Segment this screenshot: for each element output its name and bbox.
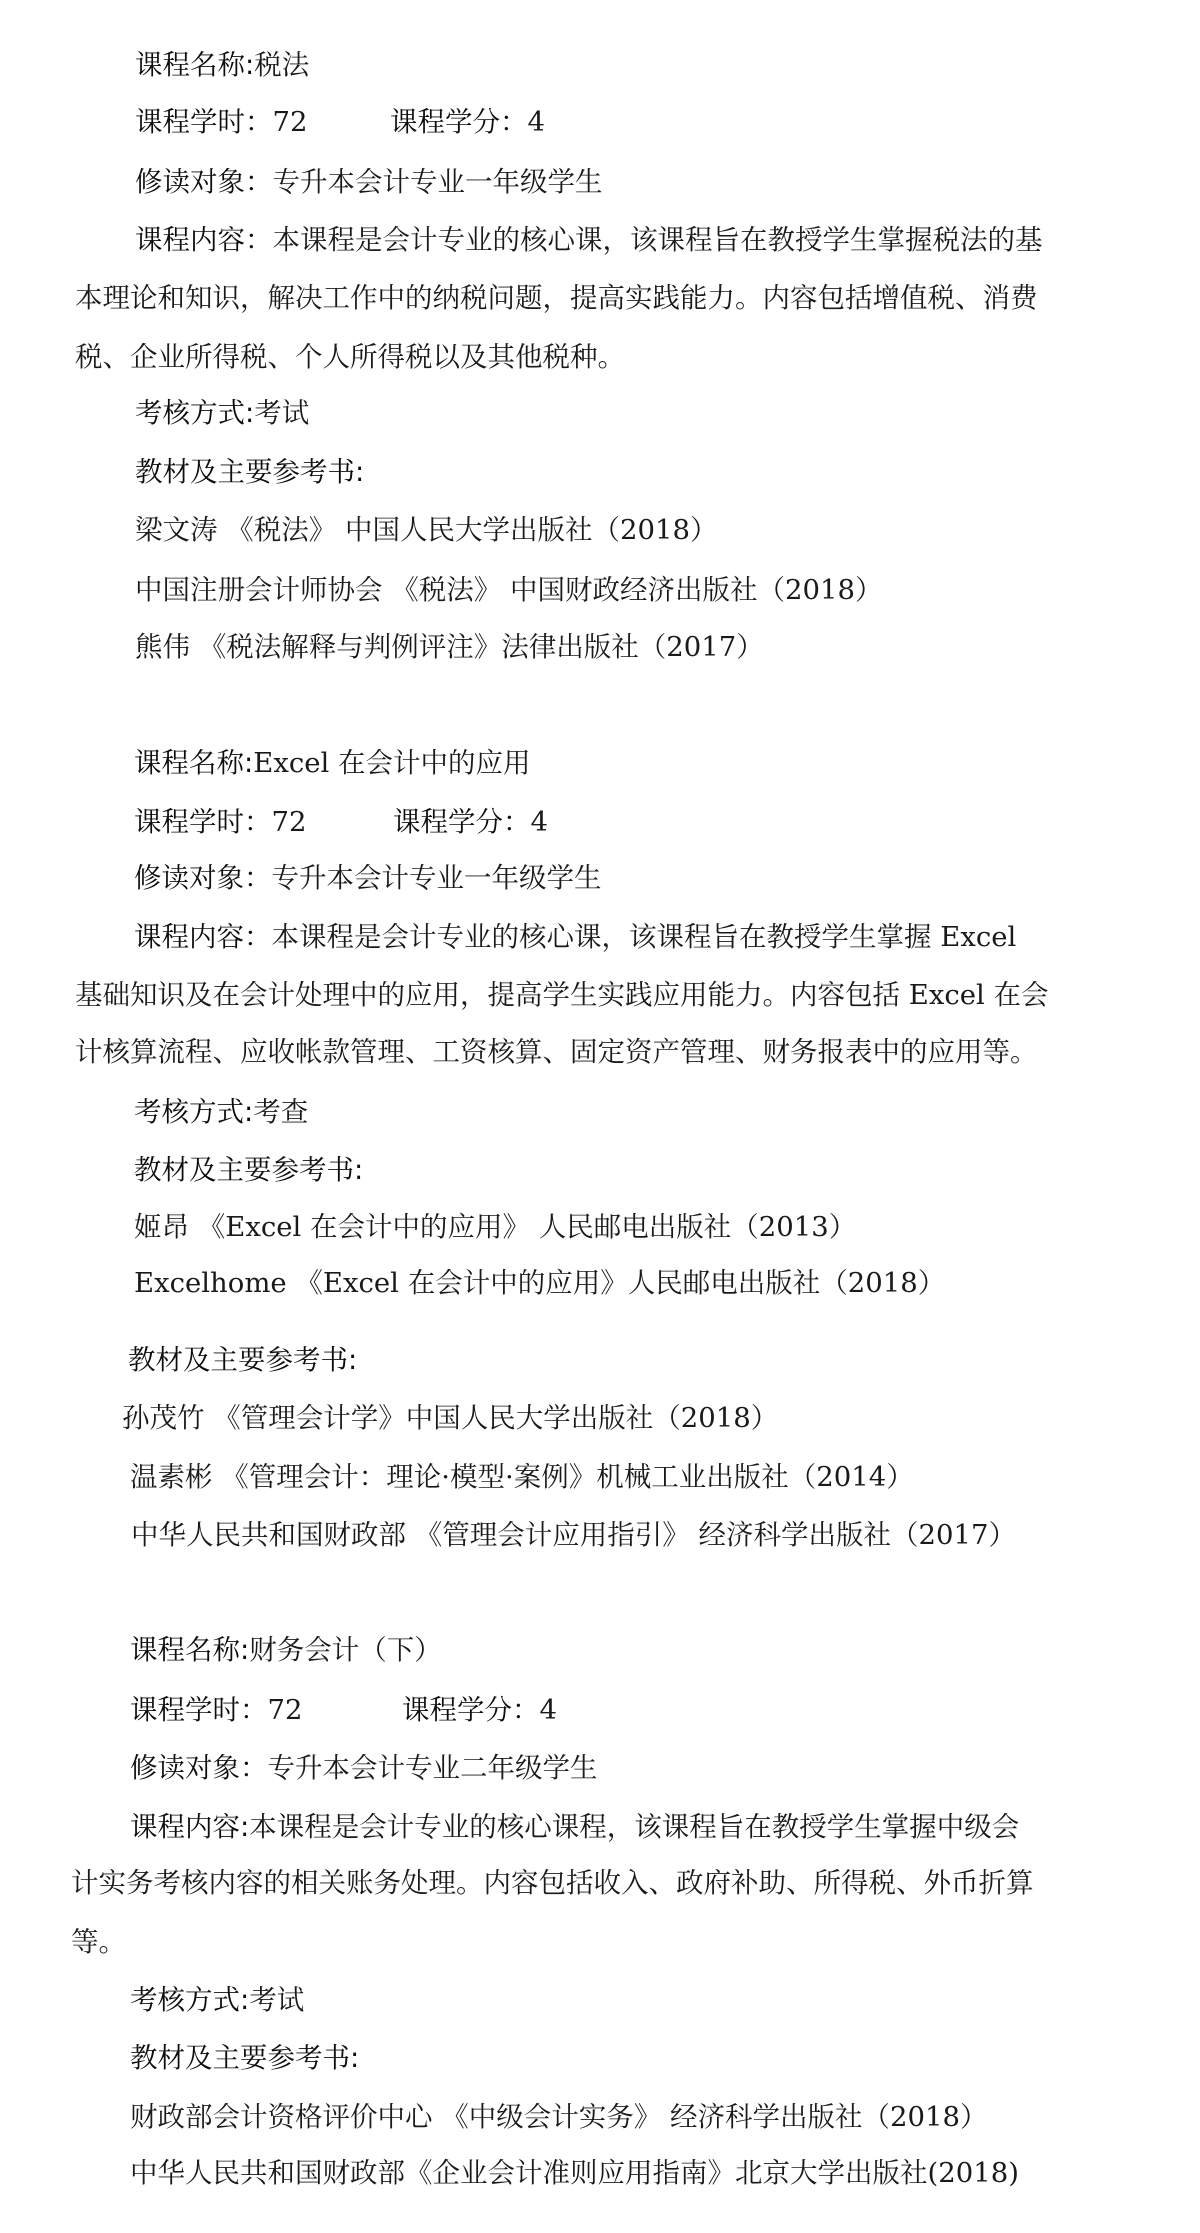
book-item: 熊伟 《税法解释与判例评注》法律出版社（2017） — [135, 631, 764, 663]
course-name-value: 财务会计（下） — [249, 1634, 442, 1666]
book-item: 中华人民共和国财政部《企业会计准则应用指南》北京大学出版社(2018) — [130, 2157, 1019, 2189]
course-name-value: Excel 在会计中的应用 — [253, 747, 530, 779]
books-label: 教材及主要参考书: — [128, 1344, 357, 1376]
course-name-label: 课程名称: — [130, 1634, 249, 1666]
course-target-value: 专升本会计专业一年级学生 — [273, 166, 603, 198]
course-hours-value: 72 — [268, 1694, 303, 1726]
course-target-value: 专升本会计专业一年级学生 — [272, 862, 602, 894]
course-name-row: 课程名称:Excel 在会计中的应用 — [134, 747, 531, 779]
course-content-line-2: 本理论和知识，解决工作中的纳税问题，提高实践能力。内容包括增值税、消费 — [75, 282, 1105, 314]
course-content-line-3: 税、企业所得税、个人所得税以及其他税种。 — [75, 341, 625, 373]
course-content-line-3: 计核算流程、应收帐款管理、工资核算、固定资产管理、财务报表中的应用等。 — [75, 1036, 1038, 1068]
course-exam-label: 考核方式: — [130, 1984, 249, 2016]
course-exam-row: 考核方式:考试 — [130, 1984, 304, 2016]
course-hours-row: 课程学时：72 — [130, 1694, 303, 1726]
course-hours-row: 课程学时：72 — [135, 106, 308, 138]
course-target-label: 修读对象： — [130, 1752, 268, 1784]
book-item: 梁文涛 《税法》 中国人民大学出版社（2018） — [135, 514, 717, 546]
course-credits-row: 课程学分：4 — [393, 806, 548, 838]
course-target-row: 修读对象：专升本会计专业一年级学生 — [135, 166, 603, 198]
book-item: 财政部会计资格评价中心 《中级会计实务》 经济科学出版社（2018） — [130, 2101, 987, 2133]
books-label: 教材及主要参考书: — [135, 456, 364, 488]
course-name-label: 课程名称: — [134, 747, 253, 779]
course-content-text: 本课程是会计专业的核心课，该课程旨在教授学生掌握 Excel — [272, 921, 1017, 953]
course-target-value: 专升本会计专业二年级学生 — [268, 1752, 598, 1784]
course-hours-value: 72 — [272, 806, 307, 838]
course-name-value: 税法 — [254, 49, 309, 81]
book-item: Excelhome 《Excel 在会计中的应用》人民邮电出版社（2018） — [134, 1267, 945, 1299]
course-hours-label: 课程学时： — [130, 1694, 268, 1726]
course-hours-label: 课程学时： — [134, 806, 272, 838]
course-content-line-3: 等。 — [71, 1926, 126, 1958]
books-label: 教材及主要参考书: — [130, 2042, 359, 2074]
course-credits-row: 课程学分：4 — [402, 1694, 557, 1726]
course-content-label: 课程内容： — [135, 224, 273, 256]
book-item: 中国注册会计师协会 《税法》 中国财政经济出版社（2018） — [135, 574, 882, 606]
course-credits-value: 4 — [531, 806, 549, 838]
book-item: 中华人民共和国财政部 《管理会计应用指引》 经济科学出版社（2017） — [131, 1519, 1016, 1551]
course-hours-row: 课程学时：72 — [134, 806, 307, 838]
course-name-label: 课程名称: — [135, 49, 254, 81]
course-name-row: 课程名称:财务会计（下） — [130, 1634, 442, 1666]
course-target-row: 修读对象：专升本会计专业二年级学生 — [130, 1752, 598, 1784]
book-item: 温素彬 《管理会计：理论·模型·案例》机械工业出版社（2014） — [130, 1461, 914, 1493]
course-credits-label: 课程学分： — [390, 106, 528, 138]
course-content-line-1: 课程内容:本课程是会计专业的核心课程，该课程旨在教授学生掌握中级会 — [130, 1811, 1019, 1843]
course-credits-label: 课程学分： — [393, 806, 531, 838]
course-hours-label: 课程学时： — [135, 106, 273, 138]
course-credits-label: 课程学分： — [402, 1694, 540, 1726]
course-exam-value: 考试 — [249, 1984, 304, 2016]
course-target-row: 修读对象：专升本会计专业一年级学生 — [134, 862, 602, 894]
course-content-line-2: 基础知识及在会计处理中的应用，提高学生实践应用能力。内容包括 Excel 在会 — [75, 979, 1049, 1011]
course-content-line-1: 课程内容：本课程是会计专业的核心课，该课程旨在教授学生掌握税法的基 — [135, 224, 1100, 256]
course-credits-row: 课程学分：4 — [390, 106, 545, 138]
course-name-row: 课程名称:税法 — [135, 49, 309, 81]
course-hours-value: 72 — [273, 106, 308, 138]
course-content-label: 课程内容: — [130, 1811, 249, 1843]
course-content-text: 本课程是会计专业的核心课程，该课程旨在教授学生掌握中级会 — [249, 1811, 1019, 1843]
course-content-line-1: 课程内容：本课程是会计专业的核心课，该课程旨在教授学生掌握 Excel — [134, 921, 1016, 953]
course-exam-label: 考核方式: — [134, 1096, 253, 1128]
book-item: 孙茂竹 《管理会计学》中国人民大学出版社（2018） — [122, 1402, 778, 1434]
course-exam-value: 考试 — [254, 397, 309, 429]
course-credits-value: 4 — [540, 1694, 558, 1726]
course-content-text: 本课程是会计专业的核心课，该课程旨在教授学生掌握税法的基 — [273, 224, 1043, 256]
course-target-label: 修读对象： — [135, 166, 273, 198]
course-content-line-2: 计实务考核内容的相关账务处理。内容包括收入、政府补助、所得税、外币折算 — [71, 1867, 1034, 1899]
course-exam-row: 考核方式:考查 — [134, 1096, 308, 1128]
course-content-label: 课程内容： — [134, 921, 272, 953]
book-item: 姬昂 《Excel 在会计中的应用》 人民邮电出版社（2013） — [134, 1211, 856, 1243]
course-exam-value: 考查 — [253, 1096, 308, 1128]
course-target-label: 修读对象： — [134, 862, 272, 894]
course-exam-label: 考核方式: — [135, 397, 254, 429]
course-credits-value: 4 — [528, 106, 546, 138]
books-label: 教材及主要参考书: — [134, 1154, 363, 1186]
course-exam-row: 考核方式:考试 — [135, 397, 309, 429]
